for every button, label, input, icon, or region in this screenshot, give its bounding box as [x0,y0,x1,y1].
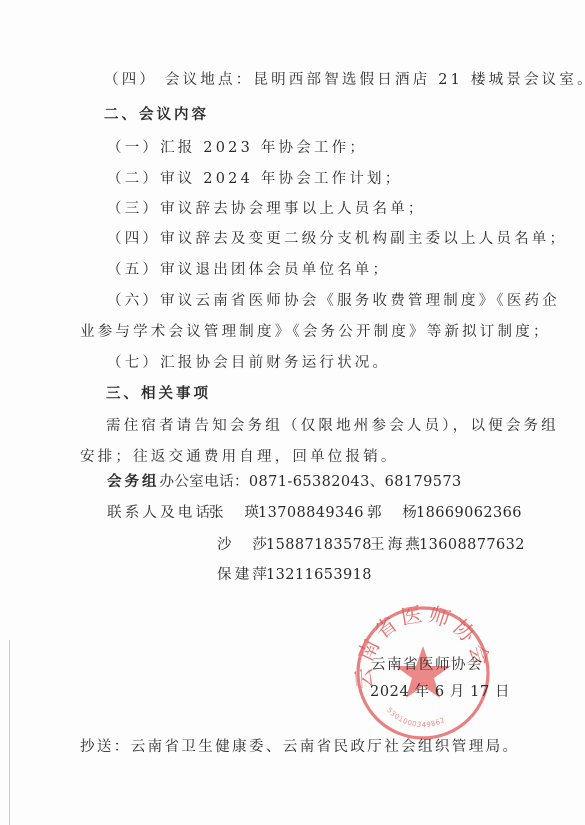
contact-phone-1: 13708849346 [258,504,364,522]
contact-name-2: 郭 杨 [367,504,420,522]
contact-name-5: 保建萍 [217,566,270,584]
agenda-item-5: （五）审议退出团体会员单位名单； [107,261,390,279]
section-three-heading: 三、相关事项 [106,385,211,403]
document-page: （四） 会议地点：昆明西部智选假日酒店 21 楼城景会议室。 二、会议内容 （一… [0,0,585,825]
page-edge-line [9,640,10,825]
agenda-item-4: （四）审议辞去及变更二级分支机构副主委以上人员名单； [107,230,567,248]
agenda-item-2: （二）审议 2024 年协会工作计划； [107,170,402,188]
contact-phone-5: 13211653918 [266,566,372,584]
section-two-heading: 二、会议内容 [104,106,209,124]
agenda-item-7: （七）汇报协会目前财务运行状况。 [107,354,390,372]
meeting-location-item: （四） 会议地点：昆明西部智选假日酒店 21 楼城景会议室。 [104,71,585,89]
signature-date: 2024 年 6 月 17 日 [370,683,510,701]
contact-phone-3: 15887183578 [266,536,372,554]
contact-name-4: 王海燕 [370,536,423,554]
svg-text:云南省医师协会: 云南省医师协会 [354,604,492,689]
office-phone: 办公室电话：0871-65382043、68179573 [160,474,462,490]
agenda-item-1: （一）汇报 2023 年协会工作； [107,139,367,157]
accommodation-paragraph-line2: 安排；往返交通费用自理，回单位报销。 [80,448,399,466]
contact-name-3: 沙 莎 [217,536,270,554]
contact-name-1: 张 瑛 [209,504,262,522]
cc-recipients: 抄送：云南省卫生健康委、云南省民政厅社会组织管理局。 [80,738,519,756]
svg-text:5301000349862: 5301000349862 [385,706,446,729]
agenda-item-3: （三）审议辞去协会理事以上人员名单； [107,200,426,218]
signature-organization: 云南省医师协会 [371,656,483,674]
accommodation-paragraph-line1: 需住宿者请告知会务组（仅限地州参会人员），以便会务组 [106,417,559,435]
contact-phone-2: 18669062366 [416,504,522,522]
contact-phone-4: 13608877632 [419,536,525,554]
office-phone-line: 会务组办公室电话：0871-65382043、68179573 [107,473,462,491]
agenda-item-6-line2: 业参与学术会议管理制度》《会务公开制度》等新拟订制度； [80,323,551,341]
office-label: 会务组 [107,474,160,490]
agenda-item-6-line1: （六）审议云南省医师协会《服务收费管理制度》《医药企 [107,292,560,310]
